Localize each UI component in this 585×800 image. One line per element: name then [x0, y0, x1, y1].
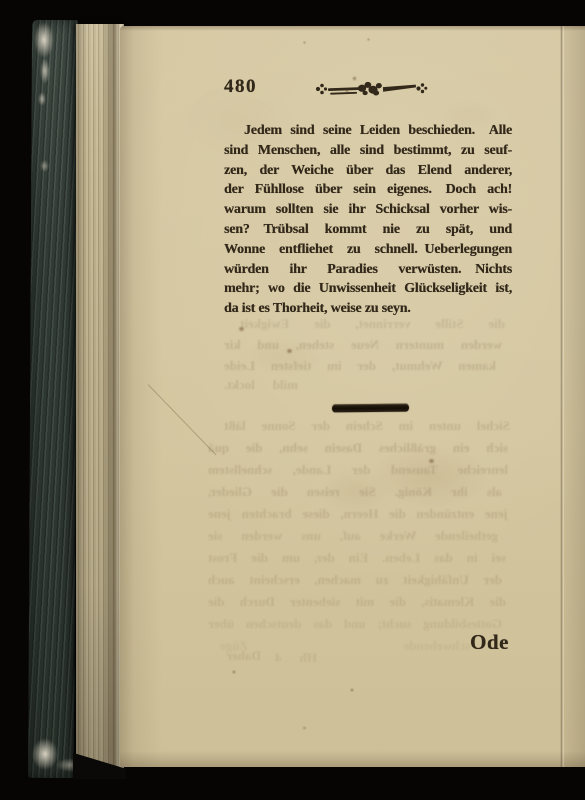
show-through-signature: Daher	[215, 648, 261, 664]
foxing-spot	[352, 76, 357, 81]
cover-scuff	[38, 92, 46, 106]
book-page: 480 Jedem sind seine Leiden beschieden.	[120, 26, 585, 767]
text-line: warum sollten sie ihr Schicksal vorher w…	[224, 200, 512, 220]
cover-scuff	[40, 58, 50, 84]
book-cover-edge	[28, 20, 78, 778]
show-through-line: mild lockt.	[224, 377, 298, 393]
text-line: Wonne entfliehet zu schnell. Ueberlegung…	[224, 240, 512, 260]
show-through-line: der Unfähigkeit zu machen, erscheint auc…	[208, 572, 502, 588]
cover-scuff	[40, 160, 49, 172]
show-through-signature: Hh 4	[275, 650, 317, 666]
text-line: zen, der Weiche über das Elend anderer,	[224, 161, 512, 181]
cover-scuff	[32, 738, 58, 770]
scanned-book-photo: 480 Jedem sind seine Leiden beschieden.	[0, 0, 585, 800]
paper-crease	[148, 384, 217, 455]
foxing-spot	[303, 41, 306, 44]
cover-scuff	[34, 22, 54, 58]
show-through-line: die Klematis, die mit siebenter Durch di…	[208, 594, 506, 610]
text-line: würden ihr Paradies verwüsten. Nichts	[224, 260, 512, 280]
text-line: sen? Trübsal kommt nie zu spät, und	[224, 220, 512, 240]
head-ornament-icon	[310, 76, 428, 102]
text-line: der Fühllose über sein eigenes. Doch ach…	[224, 180, 512, 200]
show-through-line: Gottesbildung sucht; und das deutschen ü…	[208, 616, 502, 632]
text-line: mehr; wo die Unwissenheit Glückseligkeit…	[224, 279, 512, 299]
foxing-spot	[238, 326, 245, 332]
show-through-line: Sichel unten im Schein der Sonne läßt	[224, 418, 510, 434]
page-edge-crease	[560, 26, 564, 767]
stain	[180, 80, 300, 160]
page-right-margin-shade	[564, 26, 585, 767]
show-through-line: sei in das Leben. Ein der, um die Frost	[208, 550, 506, 566]
foxing-spot	[350, 688, 354, 692]
stain	[320, 470, 390, 512]
foxing-spot	[232, 670, 236, 674]
foxing-spot	[367, 38, 370, 41]
show-through-line: getheilende Werke auf, uns werden sie	[208, 528, 498, 544]
catchword: Ode	[470, 630, 509, 655]
section-divider-rule	[332, 404, 409, 413]
stain	[440, 100, 500, 130]
page-edges	[76, 24, 124, 770]
foxing-spot	[302, 726, 307, 730]
foxing-spot	[345, 89, 349, 93]
show-through-line: die Stille verrinnet, die Ewigkeit	[240, 316, 505, 332]
stain	[240, 338, 325, 376]
stain	[370, 446, 490, 508]
